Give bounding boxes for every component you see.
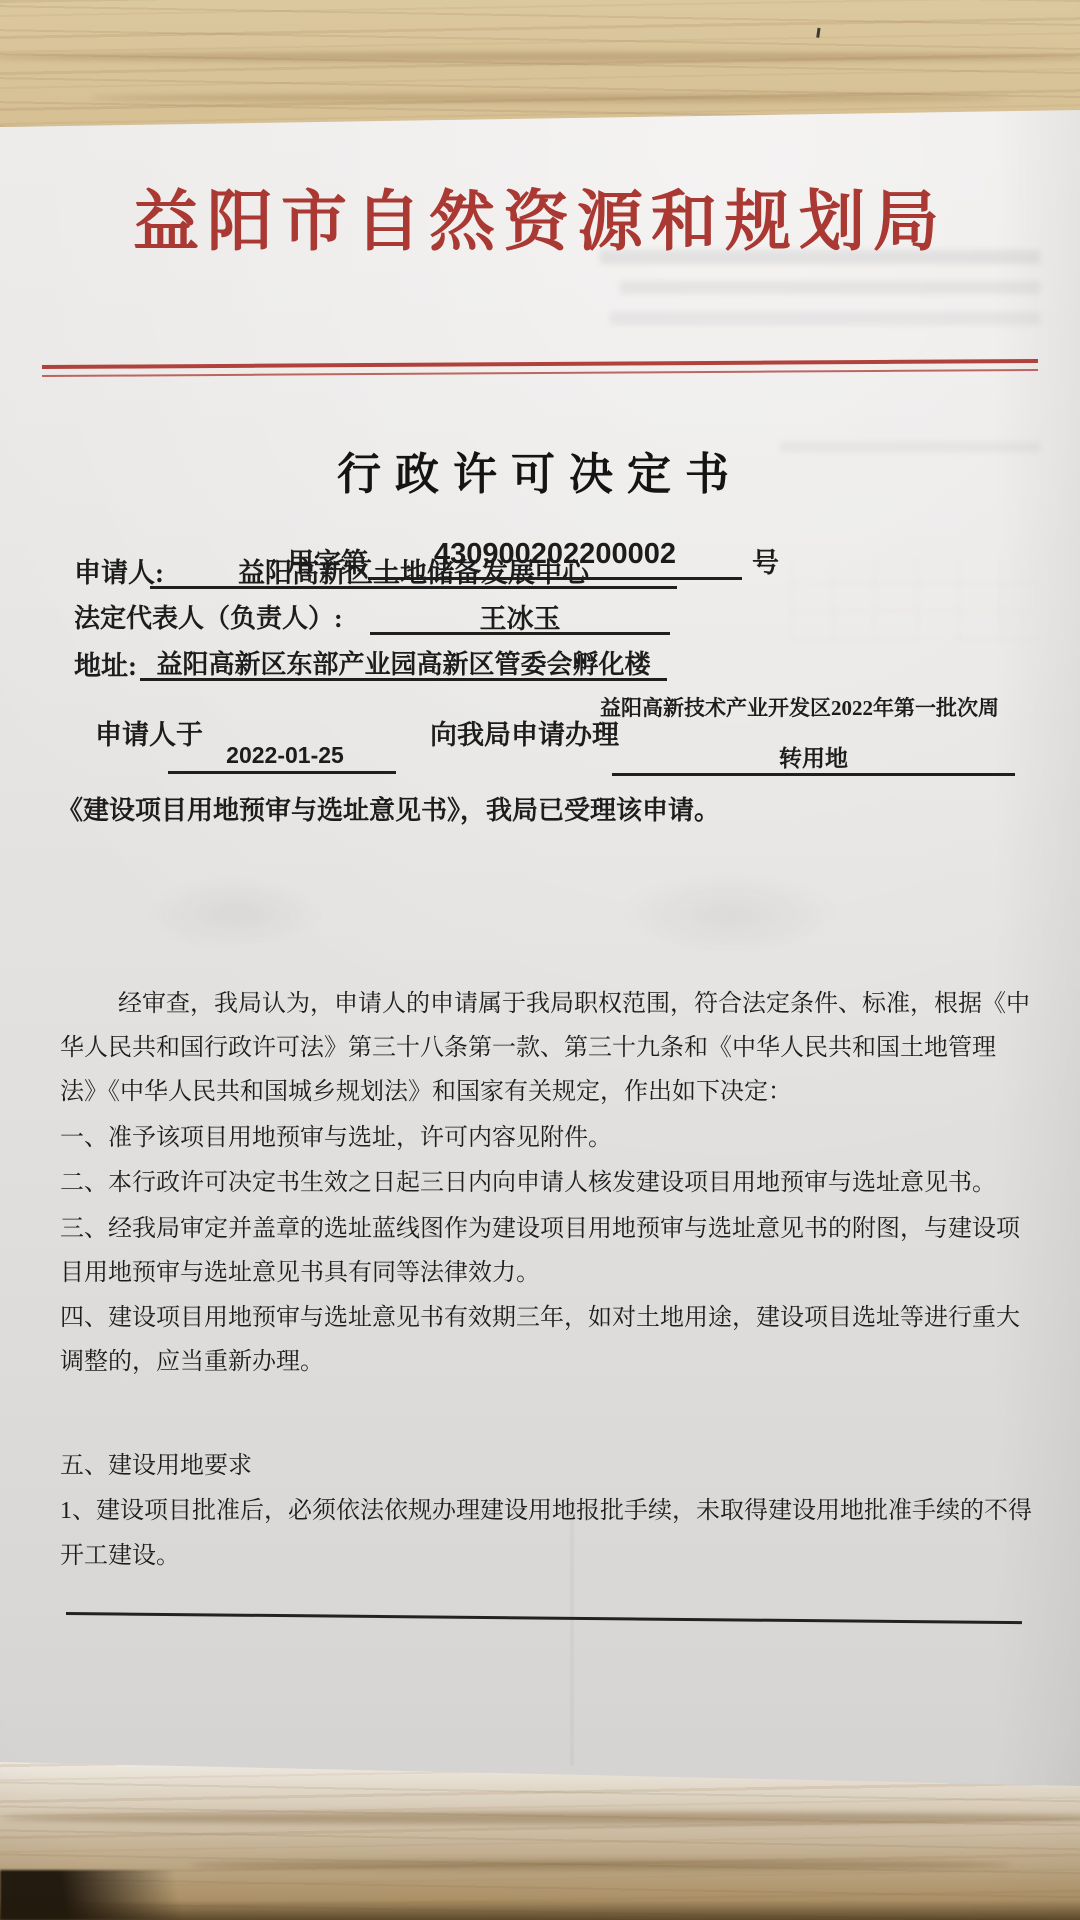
field-label-address: 地址: [74, 644, 137, 683]
body-line: 经审查，我局认为，申请人的申请属于我局职权范围，符合法定条件、标准，根据《中 [118, 983, 1030, 1018]
field-value-legal-rep: 王冰玉 [370, 597, 670, 636]
project-name-line2: 转用地 [612, 740, 1015, 773]
project-name-line1: 益阳高新技术产业开发区2022年第一批次周 [600, 692, 999, 722]
body-line: 开工建设。 [60, 1535, 180, 1570]
bottom-edge-shadow [0, 1900, 1080, 1920]
document-paper: 益阳市自然资源和规划局 行政许可决定书 用字第 430900202200002 … [0, 0, 1080, 1920]
field-value-applicant: 益阳高新区土地储备发展中心 [150, 551, 677, 590]
wood-grain-streak [0, 52, 1080, 62]
project-underline [612, 773, 1015, 776]
body-line: 一、准予该项目用地预审与选址，许可内容见附件。 [60, 1117, 612, 1152]
bleed-through-text [620, 281, 1040, 294]
field-label-legal-rep: 法定代表人（负责人）: [74, 598, 343, 635]
wood-grain-streak [190, 1860, 1010, 1870]
bleed-through-text [610, 312, 1040, 325]
body-line: 华人民共和国行政许可法》第三十八条第一款、第三十九条和《中华人民共和国土地管理 [60, 1027, 996, 1062]
agency-header: 益阳市自然资源和规划局 [0, 168, 1080, 263]
wood-grain-streak [0, 1812, 1080, 1824]
paper-crease [571, 1500, 573, 1765]
wood-grain-streak [90, 94, 1010, 102]
body-line: 调整的，应当重新办理。 [60, 1341, 324, 1376]
body-line: 法》《中华人民共和国城乡规划法》和国家有关规定，作出如下决定： [60, 1071, 792, 1106]
separator-line [66, 1612, 1022, 1624]
field-underline-legal-rep [370, 632, 670, 635]
bleed-through-table [790, 556, 1040, 640]
application-date: 2022-01-25 [175, 742, 395, 769]
bleed-through-smudge [118, 866, 353, 961]
doc-title: 行政许可决定书 [0, 438, 1080, 502]
body-line: 五、建设用地要求 [60, 1445, 252, 1480]
body-line: 四、建设项目用地预审与选址意见书有效期三年，如对土地用途，建设项目选址等进行重大 [60, 1297, 1020, 1332]
photo-scene: ' 益阳市自然资源和规划局 行政许可决定书 用字第 43090020220000… [0, 0, 1080, 1920]
doc-number-suffix: 号 [752, 541, 779, 580]
bleed-through-smudge [585, 856, 875, 971]
field-underline-applicant [150, 586, 677, 589]
body-line: 三、经我局审定并盖章的选址蓝线图作为建设项目用地预审与选址意见书的附图，与建设项 [60, 1208, 1020, 1243]
body-line: 二、本行政许可决定书生效之日起三日内向申请人核发建设项目用地预审与选址意见书。 [60, 1162, 996, 1197]
letterhead-rule [42, 359, 1038, 377]
acceptance-line: 《建设项目用地预审与选址意见书》，我局已受理该申请。 [57, 790, 720, 827]
body-line: 1、建设项目批准后，必须依法依规办理建设用地报批手续，未取得建设用地批准手续的不… [60, 1490, 1032, 1525]
body-line: 目用地预审与选址意见书具有同等法律效力。 [60, 1252, 540, 1287]
date-underline [168, 771, 396, 774]
applied-to-text: 向我局申请办理 [430, 713, 619, 752]
field-value-address: 益阳高新区东部产业园高新区管委会孵化楼 [140, 644, 667, 681]
field-underline-address [140, 678, 667, 681]
